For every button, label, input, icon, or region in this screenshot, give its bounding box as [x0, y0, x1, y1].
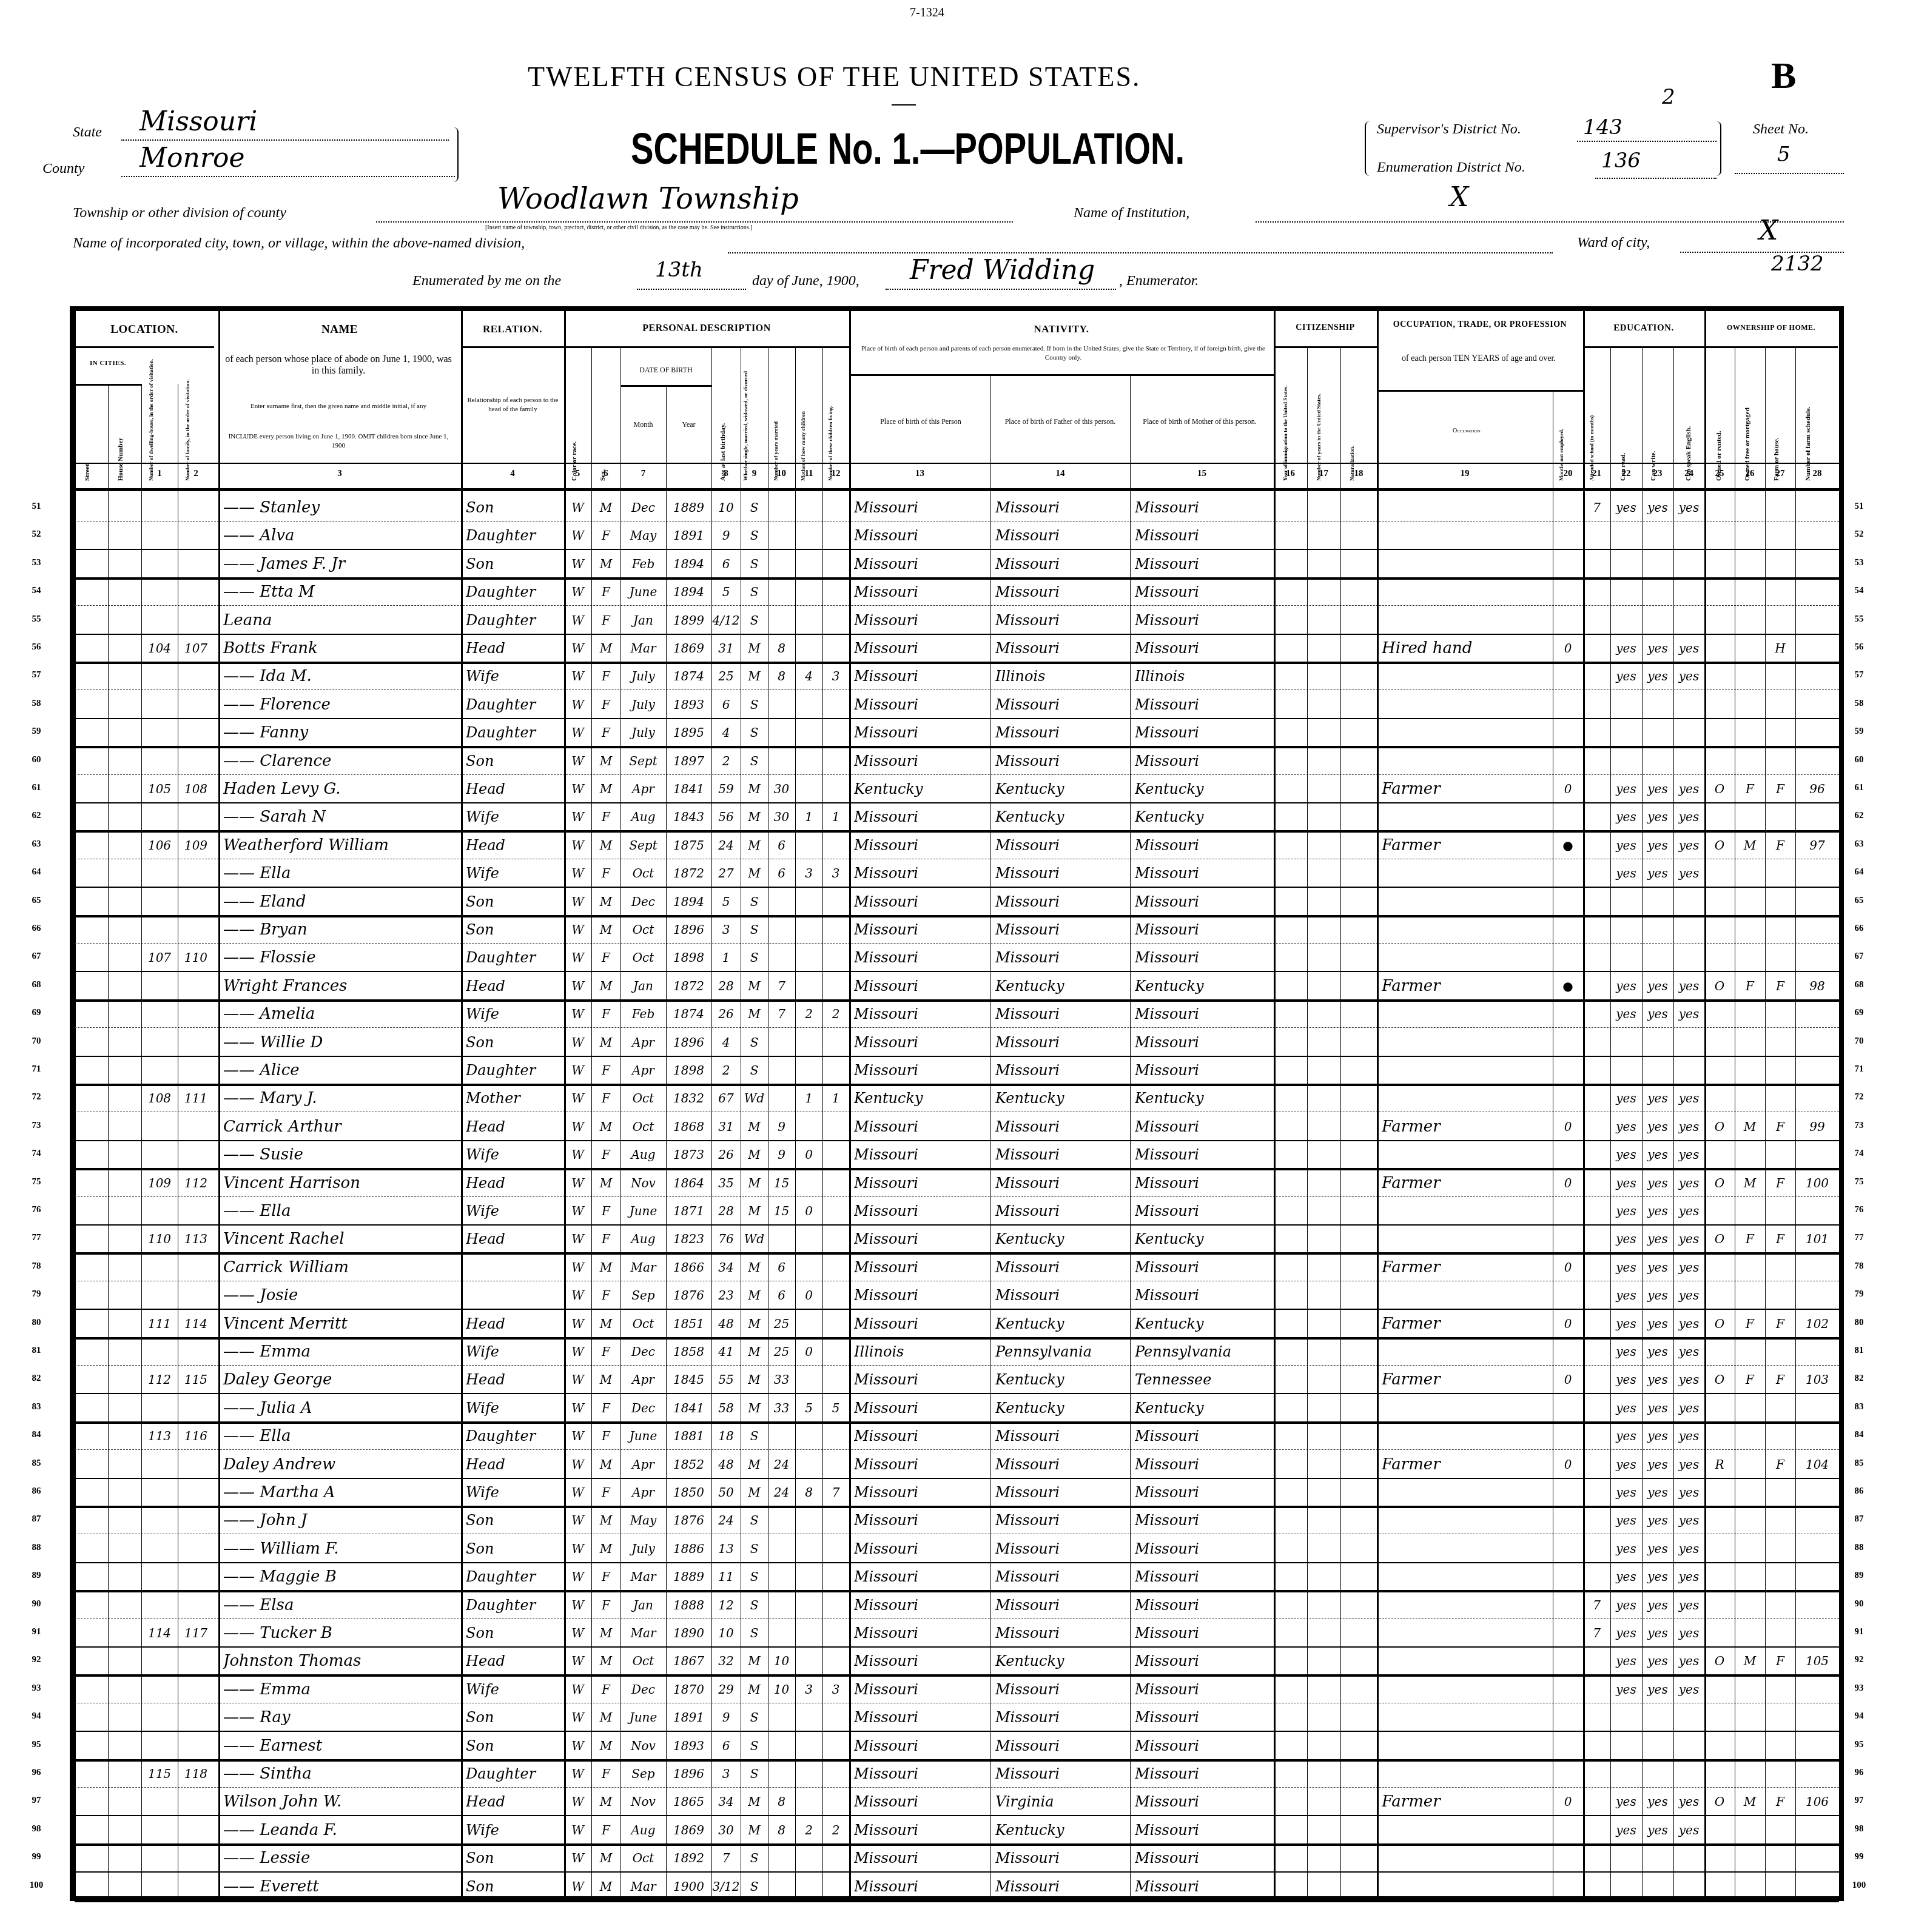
cell-pobm: Missouri: [1135, 1030, 1274, 1055]
line-number: 71: [24, 1064, 49, 1075]
line-number: 56: [1847, 642, 1871, 652]
cell-write: yes: [1642, 1621, 1673, 1645]
cell-month: Aug: [620, 1142, 666, 1167]
cell-occ: Farmer: [1382, 1312, 1553, 1336]
cell-mc: 2: [795, 1818, 822, 1842]
cell-month: Mar: [620, 1565, 666, 1589]
cell-school: [1583, 1874, 1610, 1899]
cell-write: [1642, 1058, 1673, 1082]
cell-speak: yes: [1673, 1199, 1704, 1223]
cell-sched: [1795, 1508, 1839, 1532]
cell-write: yes: [1642, 1002, 1673, 1026]
cell-relation: Son: [466, 890, 564, 914]
cell-speak: [1673, 945, 1704, 970]
cell-pob: Missouri: [854, 720, 990, 745]
cell-own: [1704, 1002, 1735, 1026]
line-number: 74: [1847, 1149, 1871, 1159]
line-number: 73: [1847, 1121, 1871, 1131]
cell-ym: 6: [768, 1255, 795, 1280]
cell-family: [178, 1480, 214, 1504]
column-number: 4: [461, 469, 564, 479]
cell-color: W: [564, 1818, 591, 1842]
pob-person-label: Place of birth of this Person: [851, 417, 990, 426]
cell-school: [1583, 1705, 1610, 1729]
cell-pob: Missouri: [854, 1537, 990, 1561]
cell-sched: [1795, 1199, 1839, 1223]
cell-sex: F: [591, 1002, 620, 1026]
cell-dwelling: [141, 1846, 178, 1870]
cell-unemp: [1553, 1396, 1583, 1420]
cell-own: O: [1704, 1789, 1735, 1814]
cell-year: 1876: [666, 1508, 711, 1532]
cell-occ: [1382, 1030, 1553, 1055]
cell-speak: yes: [1673, 1537, 1704, 1561]
cell-pobf: Missouri: [995, 1115, 1130, 1139]
cell-write: [1642, 1734, 1673, 1758]
cell-unemp: 0: [1553, 636, 1583, 660]
cell-year: 1889: [666, 1565, 711, 1589]
cell-mc: [795, 1255, 822, 1280]
cell-mc: [795, 749, 822, 773]
cell-marital: M: [741, 1142, 768, 1167]
cell-marital: M: [741, 1171, 768, 1195]
cell-year: 1886: [666, 1537, 711, 1561]
cell-pob: Missouri: [854, 749, 990, 773]
cell-cl: [822, 1058, 849, 1082]
cell-ym: [768, 1593, 795, 1617]
cell-age: 67: [711, 1086, 741, 1110]
cell-year: 1890: [666, 1621, 711, 1645]
cell-read: [1610, 1874, 1642, 1899]
cell-write: yes: [1642, 1649, 1673, 1673]
cell-pobf: Missouri: [995, 1621, 1130, 1645]
cell-age: 23: [711, 1283, 741, 1307]
cell-dwelling: [141, 1508, 178, 1532]
cell-dwelling: [141, 1789, 178, 1814]
cell-dwelling: [141, 1649, 178, 1673]
cell-age: 3/12: [711, 1874, 741, 1899]
cell-ym: [768, 1424, 795, 1448]
cell-month: Sept: [620, 833, 666, 857]
cell-family: [178, 1846, 214, 1870]
cell-ym: [768, 495, 795, 520]
cell-family: [178, 805, 214, 829]
cell-sex: F: [591, 1424, 620, 1448]
cell-speak: yes: [1673, 1508, 1704, 1532]
cell-relation: Son: [466, 1874, 564, 1899]
cell-speak: yes: [1673, 1255, 1704, 1280]
cell-school: [1583, 1649, 1610, 1673]
stamp: 7-1324: [910, 6, 944, 20]
cell-school: [1583, 805, 1610, 829]
cell-farm: F: [1765, 1789, 1795, 1814]
cell-write: yes: [1642, 1115, 1673, 1139]
column-number: 20: [1553, 469, 1583, 479]
cell-month: Apr: [620, 1058, 666, 1082]
cell-marital: M: [741, 974, 768, 998]
cell-unemp: [1553, 1480, 1583, 1504]
cell-name: —— Willie D: [223, 1030, 461, 1055]
table-row: —— AmeliaWifeWFFeb187426M722MissouriMiss…: [75, 999, 1839, 1028]
line-number: 95: [24, 1740, 49, 1750]
cell-read: yes: [1610, 1340, 1642, 1364]
cell-dwelling: [141, 805, 178, 829]
column-number: 12: [822, 469, 849, 479]
cell-age: 1: [711, 945, 741, 970]
cell-mc: [795, 580, 822, 604]
cell-school: [1583, 749, 1610, 773]
cell-speak: [1673, 749, 1704, 773]
cell-farm: [1765, 1340, 1795, 1364]
cell-mc: [795, 1537, 822, 1561]
cell-read: yes: [1610, 1649, 1642, 1673]
cell-relation: Daughter: [466, 693, 564, 717]
cell-pob: Missouri: [854, 1367, 990, 1392]
cell-school: [1583, 1255, 1610, 1280]
cell-sched: [1795, 636, 1839, 660]
cell-mc: [795, 1115, 822, 1139]
cell-occ: Farmer: [1382, 1452, 1553, 1477]
cell-marital: M: [741, 1818, 768, 1842]
line-number: 91: [1847, 1627, 1871, 1637]
cell-sched: 96: [1795, 777, 1839, 801]
cell-school: [1583, 1002, 1610, 1026]
cell-sched: [1795, 1396, 1839, 1420]
cell-pobf: Illinois: [995, 664, 1130, 688]
cell-cl: [822, 1621, 849, 1645]
cell-color: W: [564, 1649, 591, 1673]
cell-dwelling: [141, 1677, 178, 1702]
line-number: 85: [24, 1458, 49, 1469]
cell-month: Jan: [620, 1593, 666, 1617]
cell-free: [1735, 580, 1765, 604]
line-number: 63: [24, 839, 49, 850]
vh-attended-school: Attended school (in months): [1588, 347, 1595, 481]
name-include: INCLUDE every person living on June 1, 1…: [226, 432, 451, 451]
cell-family: 108: [178, 777, 214, 801]
column-number: 24: [1673, 469, 1704, 479]
cell-cl: [822, 1649, 849, 1673]
cell-farm: [1765, 1424, 1795, 1448]
table-row: —— ClarenceSonWMSept18972SMissouriMissou…: [75, 746, 1839, 775]
cell-write: yes: [1642, 1312, 1673, 1336]
cell-free: F: [1735, 777, 1765, 801]
cell-pobf: Missouri: [995, 861, 1130, 885]
cell-occ: [1382, 1424, 1553, 1448]
cell-occ: [1382, 917, 1553, 942]
cell-write: yes: [1642, 1086, 1673, 1110]
cell-relation: Son: [466, 1030, 564, 1055]
cell-read: [1610, 1058, 1642, 1082]
vh-owned-rented: Owned or rented.: [1715, 347, 1723, 481]
cell-read: [1610, 1846, 1642, 1870]
cell-sched: 97: [1795, 833, 1839, 857]
cell-ym: 25: [768, 1340, 795, 1364]
cell-color: W: [564, 523, 591, 548]
cell-age: 48: [711, 1312, 741, 1336]
cell-pobf: Missouri: [995, 1874, 1130, 1899]
table-row: 112115Daley GeorgeHeadWMApr184555M33Miss…: [75, 1365, 1839, 1394]
cell-year: 1867: [666, 1649, 711, 1673]
cell-ym: [768, 693, 795, 717]
cell-year: 1868: [666, 1115, 711, 1139]
cell-relation: Wife: [466, 1480, 564, 1504]
cell-marital: S: [741, 693, 768, 717]
cell-dwelling: [141, 1199, 178, 1223]
cell-month: June: [620, 580, 666, 604]
cell-unemp: [1553, 1537, 1583, 1561]
cell-month: July: [620, 664, 666, 688]
cell-month: Feb: [620, 1002, 666, 1026]
cell-sched: [1795, 917, 1839, 942]
cell-speak: [1673, 1058, 1704, 1082]
line-number: 54: [1847, 586, 1871, 596]
cell-year: 1896: [666, 1030, 711, 1055]
cell-speak: yes: [1673, 1227, 1704, 1251]
cell-farm: [1765, 1818, 1795, 1842]
cell-sched: [1795, 693, 1839, 717]
cell-year: 1871: [666, 1199, 711, 1223]
cell-dwelling: [141, 552, 178, 576]
cell-color: W: [564, 805, 591, 829]
cell-dwelling: [141, 1734, 178, 1758]
enumeration-value: 136: [1601, 149, 1641, 173]
cell-sex: F: [591, 1593, 620, 1617]
state-value: Missouri: [140, 106, 257, 137]
enumerator-label: , Enumerator.: [1119, 273, 1199, 289]
cell-age: 50: [711, 1480, 741, 1504]
cell-age: 28: [711, 974, 741, 998]
cell-marital: S: [741, 1705, 768, 1729]
cell-own: [1704, 1424, 1735, 1448]
cell-color: W: [564, 1874, 591, 1899]
cell-dwelling: [141, 1058, 178, 1082]
cell-mc: [795, 720, 822, 745]
cell-sched: 105: [1795, 1649, 1839, 1673]
column-number: 9: [741, 469, 768, 479]
cell-year: 1869: [666, 1818, 711, 1842]
table-row: —— SusieWifeWFAug187326M90MissouriMissou…: [75, 1140, 1839, 1170]
cell-farm: [1765, 495, 1795, 520]
cell-pob: Missouri: [854, 1734, 990, 1758]
cell-free: [1735, 1621, 1765, 1645]
cell-name: Vincent Harrison: [223, 1171, 461, 1195]
cell-sex: F: [591, 805, 620, 829]
cell-name: —— Emma: [223, 1340, 461, 1364]
cell-cl: 3: [822, 861, 849, 885]
cell-name: Weatherford William: [223, 833, 461, 857]
cell-pob: Missouri: [854, 890, 990, 914]
table-row: 110113Vincent RachelHeadWFAug182376WdMis…: [75, 1224, 1839, 1255]
cell-unemp: [1553, 1649, 1583, 1673]
cell-pobf: Missouri: [995, 1734, 1130, 1758]
cell-ym: 6: [768, 1283, 795, 1307]
cell-pobm: Missouri: [1135, 1002, 1274, 1026]
cell-name: —— Ella: [223, 1199, 461, 1223]
cell-dwelling: [141, 1255, 178, 1280]
column-number: 7: [620, 469, 666, 479]
cell-pobf: Missouri: [995, 1255, 1130, 1280]
cell-sched: [1795, 1621, 1839, 1645]
relation-description: Relationship of each person to the head …: [466, 396, 560, 414]
cell-speak: yes: [1673, 1086, 1704, 1110]
cell-mc: [795, 636, 822, 660]
cell-color: W: [564, 1199, 591, 1223]
cell-marital: M: [741, 664, 768, 688]
cell-read: [1610, 1705, 1642, 1729]
cell-month: Sep: [620, 1283, 666, 1307]
cell-school: [1583, 890, 1610, 914]
cell-age: 6: [711, 693, 741, 717]
cell-unemp: [1553, 1199, 1583, 1223]
cell-month: July: [620, 693, 666, 717]
cell-marital: S: [741, 523, 768, 548]
cell-read: [1610, 608, 1642, 632]
cell-speak: [1673, 552, 1704, 576]
cell-write: yes: [1642, 1789, 1673, 1814]
cell-occ: [1382, 1762, 1553, 1786]
cell-occ: [1382, 1058, 1553, 1082]
cell-relation: Daughter: [466, 523, 564, 548]
cell-year: 1850: [666, 1480, 711, 1504]
table-row: 113116—— EllaDaughterWFJune188118SMissou…: [75, 1421, 1839, 1450]
cell-relation: Head: [466, 1312, 564, 1336]
line-number: 51: [24, 501, 49, 512]
cell-marital: M: [741, 1480, 768, 1504]
cell-ym: 8: [768, 664, 795, 688]
cell-mc: [795, 1565, 822, 1589]
cell-unemp: [1553, 1424, 1583, 1448]
cell-unemp: [1553, 1283, 1583, 1307]
cell-ym: [768, 1734, 795, 1758]
cell-read: yes: [1610, 1115, 1642, 1139]
column-number: 17: [1307, 469, 1340, 479]
left-brace: [454, 127, 459, 182]
cell-cl: [822, 552, 849, 576]
cell-farm: F: [1765, 1171, 1795, 1195]
cell-marital: S: [741, 1030, 768, 1055]
cell-own: [1704, 1508, 1735, 1532]
line-number: 93: [1847, 1683, 1871, 1694]
cell-age: 31: [711, 636, 741, 660]
cell-marital: M: [741, 1312, 768, 1336]
cell-sex: M: [591, 1171, 620, 1195]
cell-marital: S: [741, 720, 768, 745]
cell-name: —— Lessie: [223, 1846, 461, 1870]
cell-pobf: Missouri: [995, 1142, 1130, 1167]
cell-mc: [795, 1171, 822, 1195]
cell-sched: [1795, 945, 1839, 970]
cell-age: 5: [711, 580, 741, 604]
cell-pob: Missouri: [854, 1115, 990, 1139]
cell-pobm: Missouri: [1135, 1142, 1274, 1167]
cell-pobf: Missouri: [995, 1705, 1130, 1729]
cell-year: 1865: [666, 1789, 711, 1814]
cell-year: 1895: [666, 720, 711, 745]
cell-speak: yes: [1673, 1002, 1704, 1026]
cell-year: 1841: [666, 1396, 711, 1420]
cell-unemp: [1553, 1621, 1583, 1645]
cell-write: [1642, 917, 1673, 942]
cell-occ: [1382, 552, 1553, 576]
cell-color: W: [564, 1734, 591, 1758]
cell-age: 31: [711, 1115, 741, 1139]
sheet-label: Sheet No.: [1753, 121, 1809, 138]
cell-family: 115: [178, 1367, 214, 1392]
line-number: 68: [24, 980, 49, 990]
cell-cl: 3: [822, 1677, 849, 1702]
vh-years-us: Number of years in the United States.: [1315, 347, 1322, 481]
cell-age: 5: [711, 890, 741, 914]
line-number: 98: [1847, 1824, 1871, 1834]
cell-pobf: Missouri: [995, 917, 1130, 942]
cell-dwelling: [141, 1480, 178, 1504]
cell-speak: yes: [1673, 974, 1704, 998]
cell-cl: [822, 777, 849, 801]
cell-dwelling: 112: [141, 1367, 178, 1392]
cell-occ: [1382, 1537, 1553, 1561]
cell-relation: Head: [466, 1649, 564, 1673]
cell-mc: 8: [795, 1480, 822, 1504]
line-number: 97: [1847, 1796, 1871, 1806]
cell-unemp: [1553, 945, 1583, 970]
cell-cl: 2: [822, 1002, 849, 1026]
cell-speak: yes: [1673, 1171, 1704, 1195]
cell-month: Nov: [620, 1171, 666, 1195]
cell-free: [1735, 1762, 1765, 1786]
vh-can-speak: Can speak English.: [1685, 347, 1692, 481]
cell-occ: Farmer: [1382, 1115, 1553, 1139]
cell-sched: [1795, 1874, 1839, 1899]
institution-field: Name of Institution, X: [1074, 182, 1844, 224]
line-number: 90: [24, 1599, 49, 1609]
cell-age: 28: [711, 1199, 741, 1223]
line-number: 90: [1847, 1599, 1871, 1609]
line-number: 65: [24, 896, 49, 906]
cell-mc: 4: [795, 664, 822, 688]
cell-read: yes: [1610, 1255, 1642, 1280]
cell-farm: F: [1765, 974, 1795, 998]
cell-farm: [1765, 1002, 1795, 1026]
cell-year: 1874: [666, 1002, 711, 1026]
cell-marital: S: [741, 1762, 768, 1786]
cell-occ: [1382, 1621, 1553, 1645]
cell-free: [1735, 1255, 1765, 1280]
cell-unemp: [1553, 1762, 1583, 1786]
cell-read: yes: [1610, 1789, 1642, 1814]
cell-mc: [795, 1762, 822, 1786]
cell-month: Jan: [620, 974, 666, 998]
line-number: 89: [24, 1571, 49, 1581]
cell-dwelling: [141, 861, 178, 885]
cell-pobf: Virginia: [995, 1789, 1130, 1814]
cell-marital: M: [741, 1396, 768, 1420]
cell-dwelling: [141, 1396, 178, 1420]
cell-mc: [795, 1621, 822, 1645]
cell-school: 7: [1583, 1621, 1610, 1645]
cell-family: [178, 1255, 214, 1280]
sheet-value: 5: [1777, 143, 1791, 167]
cell-ym: 33: [768, 1367, 795, 1392]
cell-age: 3: [711, 1762, 741, 1786]
cell-ym: 9: [768, 1142, 795, 1167]
cell-unemp: [1553, 523, 1583, 548]
cell-month: Nov: [620, 1734, 666, 1758]
table-row: —— Willie DSonWMApr18964SMissouriMissour…: [75, 1028, 1839, 1057]
cell-free: [1735, 1705, 1765, 1729]
cell-dwelling: 114: [141, 1621, 178, 1645]
column-number: 28: [1795, 469, 1839, 479]
